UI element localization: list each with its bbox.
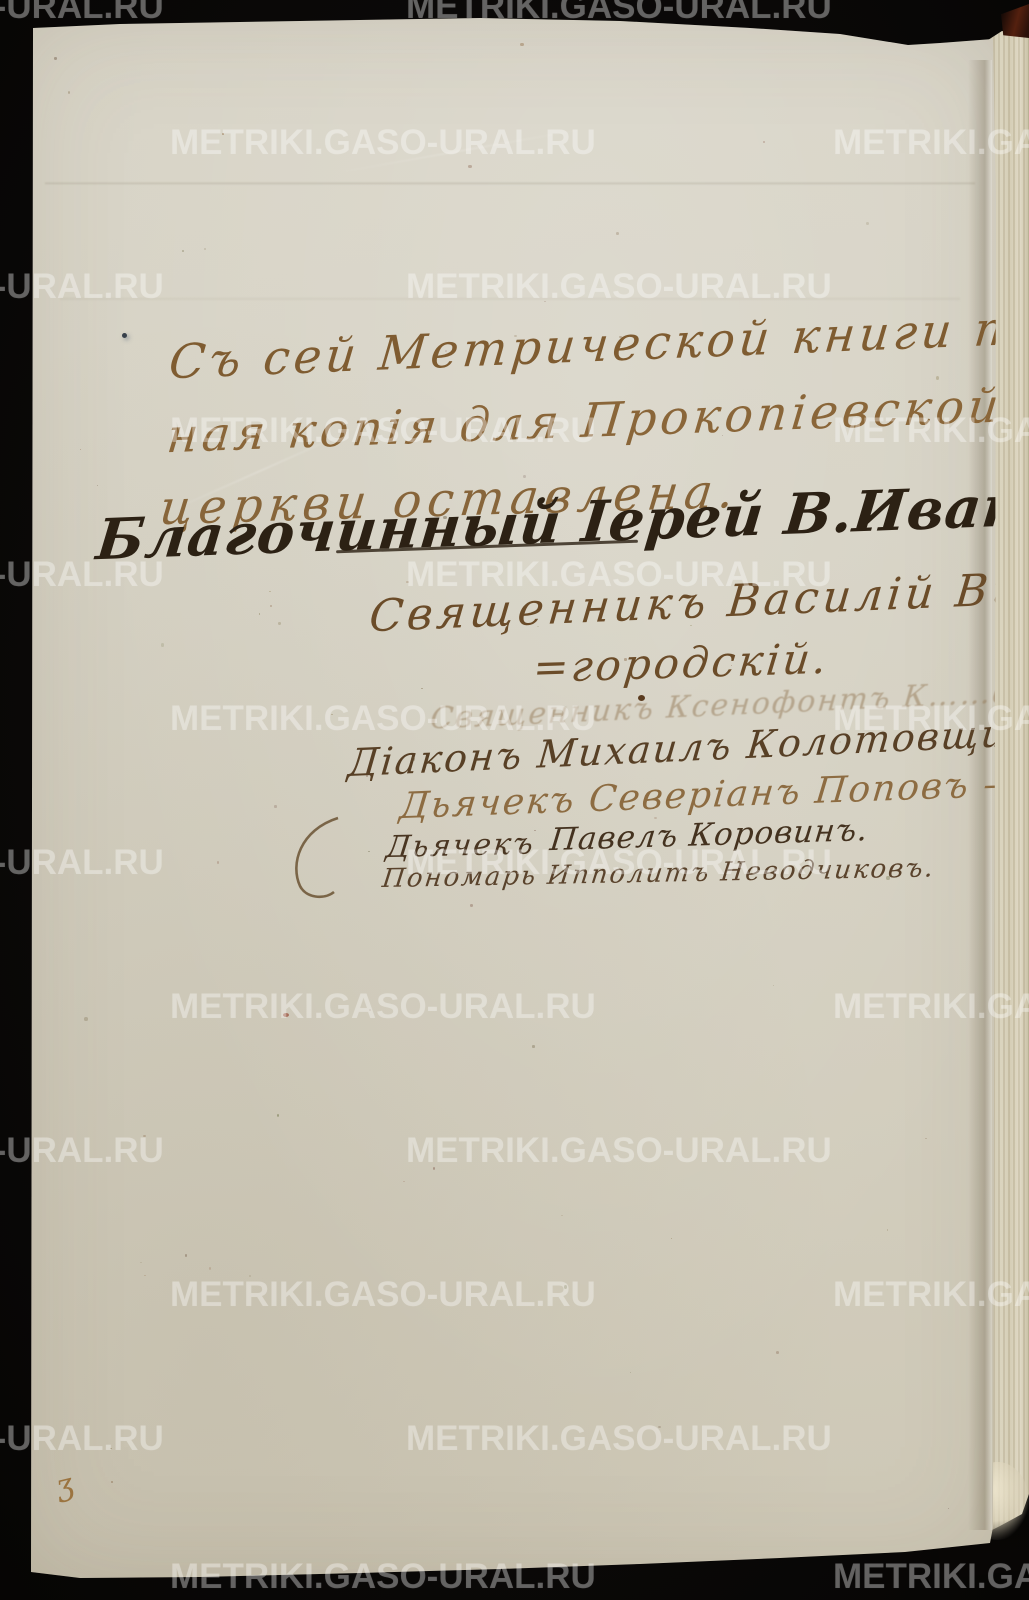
paper-speck bbox=[847, 870, 850, 872]
paper-speck bbox=[948, 1508, 949, 1509]
paper-speck bbox=[411, 757, 414, 761]
paper-scratch bbox=[332, 127, 588, 174]
paper-speck bbox=[222, 133, 224, 135]
paper-speck bbox=[84, 1017, 87, 1021]
paper-speck bbox=[54, 57, 57, 59]
paper-speck bbox=[259, 613, 261, 615]
ink-blot-mark: ӡ bbox=[52, 1466, 77, 1504]
paper-speck bbox=[925, 1138, 927, 1139]
paper-speck bbox=[80, 449, 81, 450]
paper-speck bbox=[671, 1238, 673, 1239]
paper-speck bbox=[143, 1135, 146, 1138]
pen-flourish-curve bbox=[286, 812, 348, 904]
paper-speck bbox=[369, 1009, 371, 1011]
paper-speck bbox=[366, 775, 368, 777]
paper-speck bbox=[823, 834, 825, 836]
paper-speck bbox=[403, 1181, 405, 1182]
paper-speck bbox=[520, 43, 523, 46]
paper-speck bbox=[776, 1351, 779, 1354]
ink-speck bbox=[283, 1013, 289, 1017]
paper-speck bbox=[97, 485, 98, 486]
paper-speck bbox=[532, 1045, 535, 1047]
paper-speck bbox=[468, 165, 471, 168]
paper-speck bbox=[887, 1229, 888, 1230]
document-page: Съ сей Метрической книги точ —ная копія … bbox=[0, 0, 1029, 1600]
paper-speck bbox=[331, 714, 333, 716]
paper-speck bbox=[523, 475, 526, 479]
signature-dyachek-2-title: Дьячекъ bbox=[384, 827, 537, 865]
paper-speck bbox=[886, 876, 889, 880]
paper-speck bbox=[564, 1285, 567, 1289]
ink-speck bbox=[638, 695, 645, 701]
signature-priest-1a: Священникъ Василій Выше- bbox=[367, 560, 1029, 643]
paper-speck bbox=[368, 851, 370, 852]
signature-dyachek-2-name: Павелъ Коровинъ. bbox=[548, 813, 870, 859]
scan-photo: Съ сей Метрической книги точ —ная копія … bbox=[0, 0, 1029, 1600]
body-line-2: ная копія для Прокопіевской bbox=[164, 379, 1005, 464]
ink-speck bbox=[122, 333, 127, 338]
paper-speck bbox=[866, 222, 869, 225]
paper-speck bbox=[209, 1267, 211, 1270]
signature-priest-1b: =городскій. bbox=[531, 635, 832, 693]
paper-speck bbox=[773, 985, 775, 987]
paper-speck bbox=[443, 516, 446, 519]
paper-speck bbox=[144, 1275, 146, 1277]
paper-speck bbox=[839, 741, 841, 743]
paper-speck bbox=[537, 626, 539, 627]
paper-speck bbox=[421, 688, 423, 690]
paper-speck bbox=[763, 141, 765, 143]
paper-speck bbox=[204, 248, 206, 249]
paper-speck bbox=[624, 658, 627, 660]
paper-speck bbox=[217, 861, 219, 863]
paper-speck bbox=[185, 1254, 188, 1257]
paper-speck bbox=[110, 1448, 112, 1450]
paper-speck bbox=[140, 1262, 141, 1263]
paper-speck bbox=[936, 376, 939, 380]
paper-speck bbox=[470, 904, 473, 906]
body-line-1: Съ сей Метрической книги точ — bbox=[167, 296, 1029, 390]
paper-speck bbox=[68, 91, 70, 94]
watermark-text: METRIKI.GASO-URAL.RU bbox=[0, 0, 164, 22]
paper-speck bbox=[658, 1426, 661, 1428]
paper-speck bbox=[433, 1167, 435, 1170]
paper-speck bbox=[277, 1114, 279, 1117]
paper-speck bbox=[278, 622, 280, 624]
paper-speck bbox=[249, 1275, 251, 1277]
paper-speck bbox=[161, 643, 164, 646]
paper-speck bbox=[269, 591, 271, 593]
paper-speck bbox=[111, 1481, 112, 1483]
paper-speck bbox=[630, 1372, 631, 1373]
horizontal-fold-crease-faint bbox=[60, 297, 960, 301]
paper-speck bbox=[616, 232, 619, 235]
paper-speck bbox=[274, 805, 277, 807]
binding-leather-corner bbox=[1001, 4, 1029, 38]
paper-speck bbox=[406, 581, 409, 583]
paper-speck bbox=[182, 250, 184, 252]
horizontal-fold-crease bbox=[45, 182, 975, 185]
paper-speck bbox=[561, 1215, 563, 1216]
paper-speck bbox=[270, 605, 271, 607]
